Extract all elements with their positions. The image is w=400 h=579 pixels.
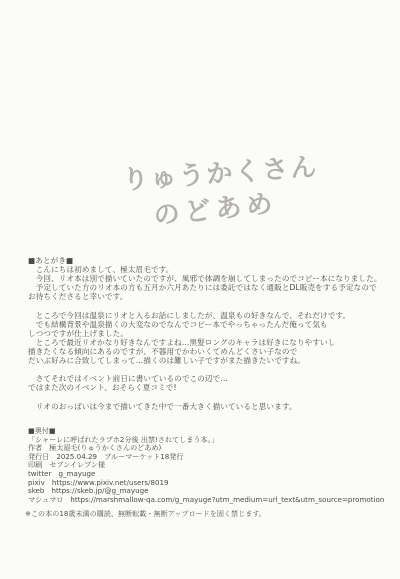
handwritten-circle-name: りゅうかくさん のどあめ	[121, 150, 322, 234]
afterword-text-line	[28, 365, 384, 374]
afterword-section: ■あとがき■ こんにちは初めまして、極太眉毛です。 今回、リオ本は別で描いていた…	[28, 256, 384, 411]
colophon-section: ■奥付■ 「シャーレに呼ばれたラブホ2分後 出禁!されてしまう本。」作者 極太眉…	[28, 427, 388, 504]
doujin-afterword-page: りゅうかくさん のどあめ ■あとがき■ こんにちは初めまして、極太眉毛です。 今…	[0, 0, 400, 579]
afterword-text-line: さてそれではイベント前日に書いているのでこの辺で…	[28, 374, 384, 383]
afterword-text-line: ところで最近リオかなり好きなんですよね…黒髪ロングのキャラは好きになりやすいし	[28, 338, 384, 347]
afterword-text-line	[28, 301, 384, 310]
afterword-text-line: お待ちくださると幸いです。	[28, 292, 384, 301]
colophon-body: 「シャーレに呼ばれたラブホ2分後 出禁!されてしまう本。」作者 極太眉毛(りゅう…	[28, 436, 388, 505]
afterword-text-line: だいぶ好みに合致してしまって…描くのは難しい子ですがまた描きたいですね。	[28, 356, 384, 365]
afterword-body: こんにちは初めまして、極太眉毛です。 今回、リオ本は別で描いていたのですが、風邪…	[28, 265, 384, 411]
afterword-text-line: 今回、リオ本は別で描いていたのですが、風邪で体調を崩してしまったのでコピー本にな…	[28, 274, 384, 283]
afterword-text-line: リオのおっぱいは今まで描いてきた中で一番大きく描いていると思います。	[28, 402, 384, 411]
afterword-text-line: 描きたくなる傾向にあるのですが、不器用でかわいくてめんどくさい子なので	[28, 347, 384, 356]
afterword-text-line: でも結構背景や温泉描くの大変なのでなんでコピー本でやっちゃったんだ俺って気も	[28, 320, 384, 329]
afterword-text-line: こんにちは初めまして、極太眉毛です。	[28, 265, 384, 274]
afterword-text-line: ところで今回は温泉にリオと入るお話にしましたが、温泉もの好きなんで、それだけです…	[28, 311, 384, 320]
afterword-text-line: しつつですが仕上げました。	[28, 329, 384, 338]
age-restriction-notice: ※この本の18歳未満の購読、無断転載・無断アップロードを固く禁じます。	[25, 509, 385, 519]
afterword-heading: ■あとがき■	[28, 256, 384, 265]
afterword-text-line	[28, 392, 384, 401]
afterword-text-line: ではまた次のイベント、おそらく夏コミで!	[28, 383, 384, 392]
afterword-text-line: 予定していた方のリオ本の方も五月か六月あたりには委託ではなく通販とDL販売をする…	[28, 283, 384, 292]
colophon-text-line: マシュマロ https://marshmallow-qa.com/g_mayug…	[28, 496, 388, 505]
